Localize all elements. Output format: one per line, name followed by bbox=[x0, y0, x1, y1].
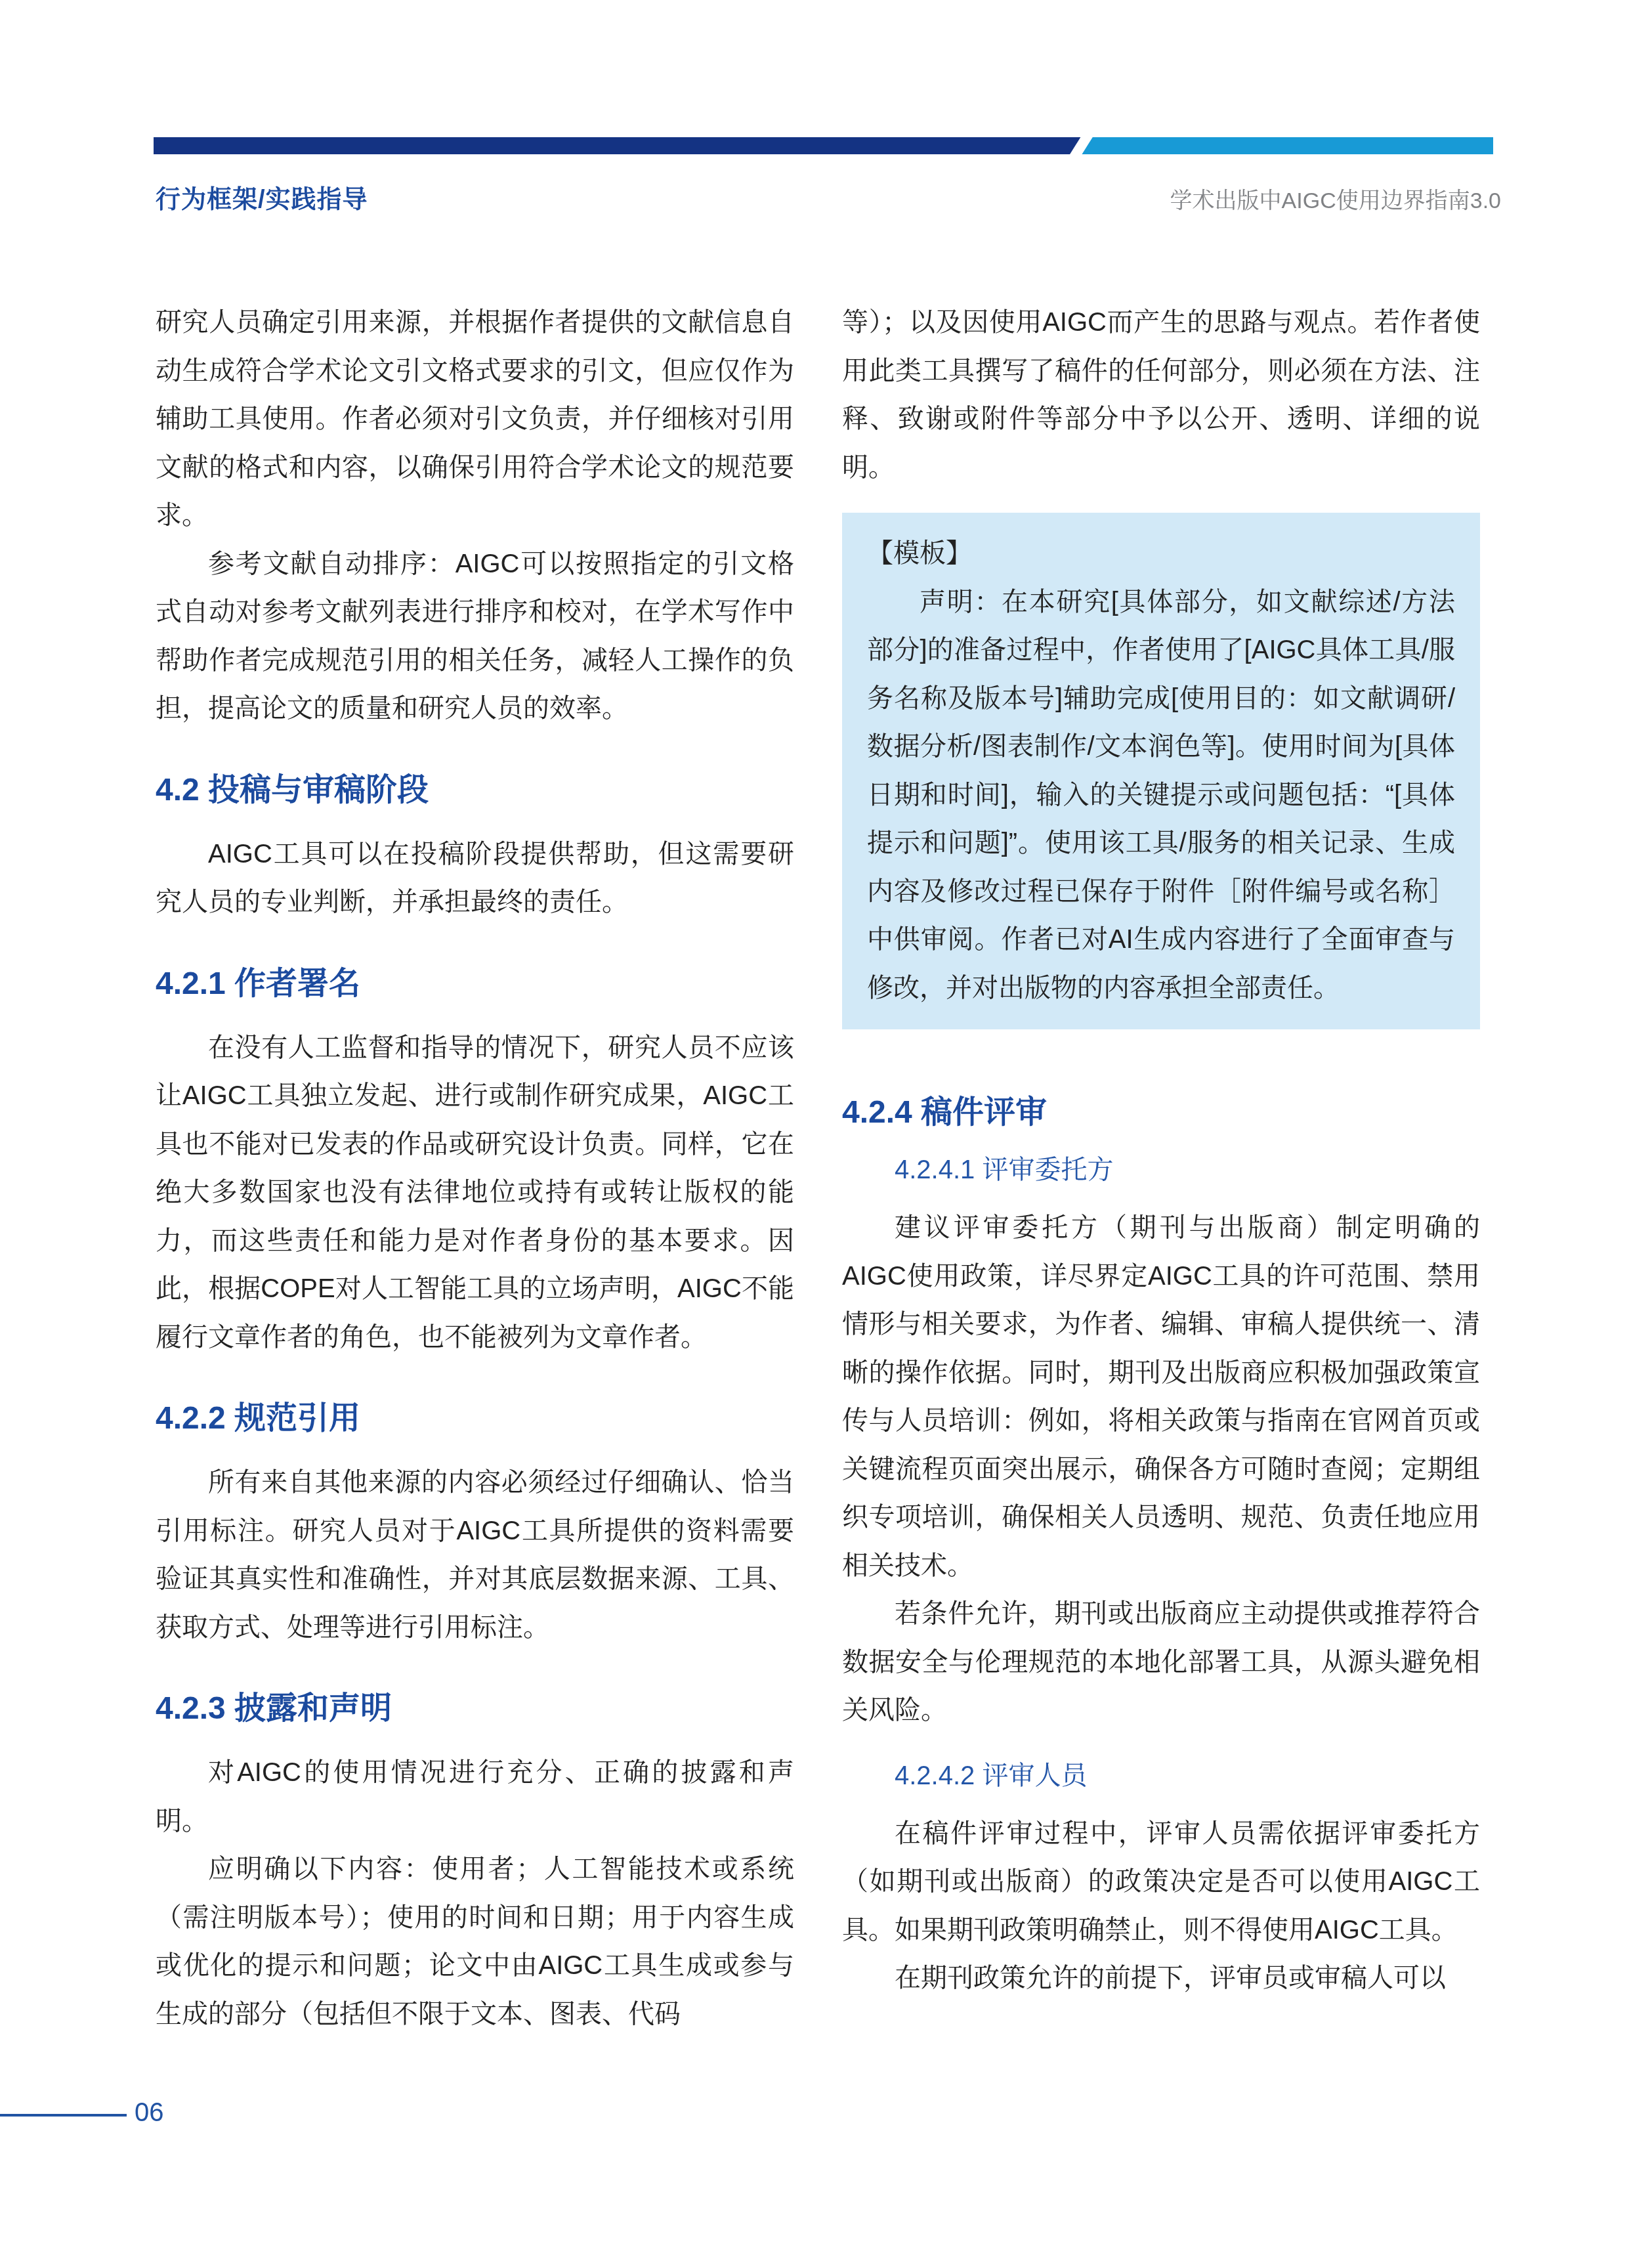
document-page: 行为框架/实践指导 学术出版中AIGC使用边界指南3.0 研究人员确定引用来源，… bbox=[0, 0, 1652, 2257]
paragraph: 在期刊政策允许的前提下，评审员或审稿人可以 bbox=[842, 1954, 1480, 2003]
page-number: 06 bbox=[135, 2098, 164, 2128]
paragraph: 在稿件评审过程中，评审人员需依据评审委托方（如期刊或出版商）的政策决定是否可以使… bbox=[842, 1810, 1480, 1955]
paragraph: 研究人员确定引用来源，并根据作者提供的文献信息自动生成符合学术论文引文格式要求的… bbox=[156, 299, 794, 540]
header-section-label: 行为框架/实践指导 bbox=[156, 179, 368, 215]
paragraph: 所有来自其他来源的内容必须经过仔细确认、恰当引用标注。研究人员对于AIGC工具所… bbox=[156, 1459, 794, 1652]
section-heading: 4.2 投稿与审稿阶段 bbox=[156, 770, 794, 811]
template-box-title: 【模板】 bbox=[867, 530, 1455, 578]
section-heading: 4.2.3 披露和声明 bbox=[156, 1688, 794, 1729]
footer-rule bbox=[0, 2114, 127, 2117]
paragraph: 对AIGC的使用情况进行充分、正确的披露和声明。 bbox=[156, 1749, 794, 1845]
template-box-text: 声明：在本研究[具体部分，如文献综述/方法部分]的准备过程中，作者使用了[AIG… bbox=[867, 578, 1455, 1013]
header-decor-bar bbox=[154, 137, 1493, 154]
section-heading: 4.2.2 规范引用 bbox=[156, 1398, 794, 1439]
paragraph: 参考文献自动排序：AIGC可以按照指定的引文格式自动对参考文献列表进行排序和校对… bbox=[156, 540, 794, 733]
paragraph: AIGC工具可以在投稿阶段提供帮助，但这需要研究人员的专业判断，并承担最终的责任… bbox=[156, 830, 794, 927]
subsection-heading: 4.2.4.1 评审委托方 bbox=[842, 1153, 1480, 1187]
header-doc-title: 学术出版中AIGC使用边界指南3.0 bbox=[1170, 183, 1501, 215]
paragraph: 在没有人工监督和指导的情况下，研究人员不应该让AIGC工具独立发起、进行或制作研… bbox=[156, 1024, 794, 1362]
paragraph: 应明确以下内容：使用者；人工智能技术或系统（需注明版本号）；使用的时间和日期；用… bbox=[156, 1845, 794, 2038]
left-column: 研究人员确定引用来源，并根据作者提供的文献信息自动生成符合学术论文引文格式要求的… bbox=[156, 299, 794, 2038]
template-callout-box: 【模板】 声明：在本研究[具体部分，如文献综述/方法部分]的准备过程中，作者使用… bbox=[842, 513, 1480, 1029]
right-column: 等）；以及因使用AIGC而产生的思路与观点。若作者使用此类工具撰写了稿件的任何部… bbox=[842, 299, 1480, 2003]
subsection-heading: 4.2.4.2 评审人员 bbox=[842, 1759, 1480, 1793]
section-heading: 4.2.4 稿件评审 bbox=[842, 1092, 1480, 1133]
paragraph: 若条件允许，期刊或出版商应主动提供或推荐符合数据安全与伦理规范的本地化部署工具，… bbox=[842, 1590, 1480, 1735]
paragraph: 等）；以及因使用AIGC而产生的思路与观点。若作者使用此类工具撰写了稿件的任何部… bbox=[842, 299, 1480, 492]
section-heading: 4.2.1 作者署名 bbox=[156, 964, 794, 1004]
paragraph: 建议评审委托方（期刊与出版商）制定明确的AIGC使用政策，详尽界定AIGC工具的… bbox=[842, 1204, 1480, 1590]
